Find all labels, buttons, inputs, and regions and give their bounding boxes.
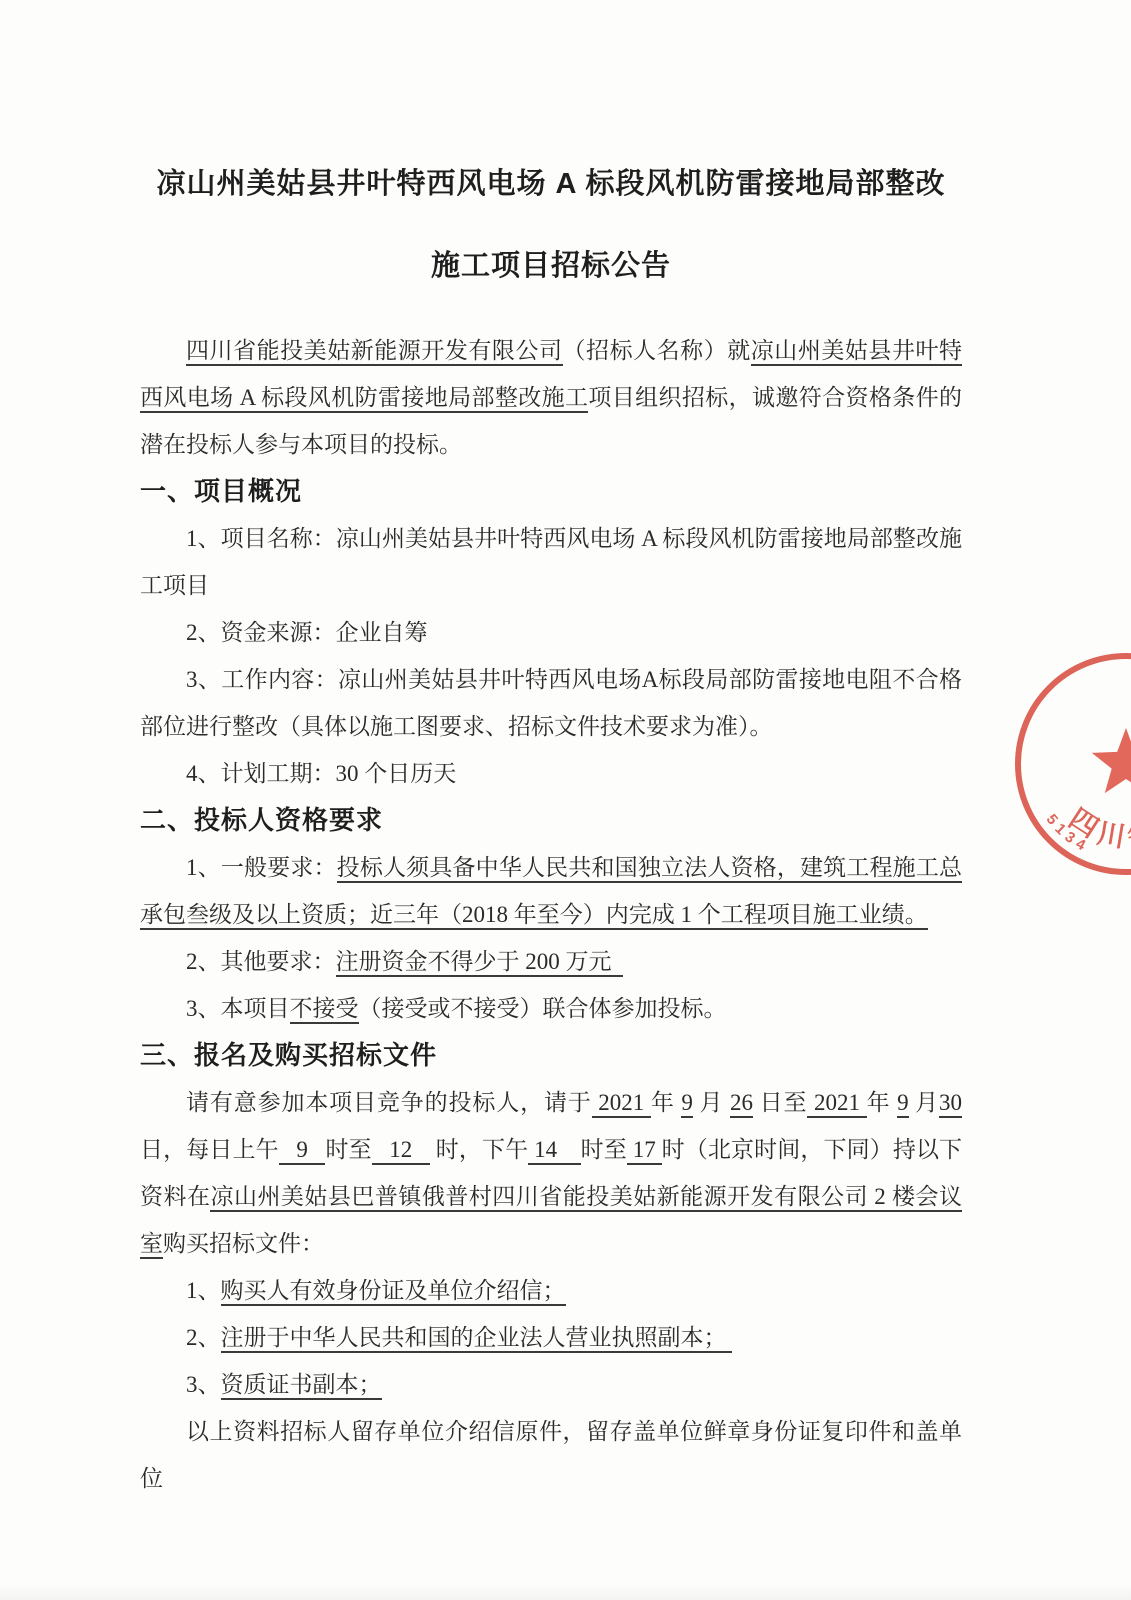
document-title-line2: 施工项目招标公告 bbox=[140, 245, 962, 287]
p1-seg: 日至 bbox=[753, 1090, 807, 1115]
section2-item2: 2、其他要求：注册资金不得少于 200 万元 bbox=[140, 938, 962, 985]
section2-item1-prefix: 1、一般要求： bbox=[186, 855, 337, 880]
seal-digits: 5134 bbox=[1043, 811, 1093, 856]
p1-seg: 购买招标文件： bbox=[163, 1231, 324, 1256]
bidder-company-name: 四川省能投美姑新能源开发有限公司 bbox=[186, 338, 563, 366]
p1-seg: 时至 bbox=[581, 1137, 627, 1162]
seal-star-icon bbox=[1092, 728, 1131, 793]
section1-item3: 3、工作内容：凉山州美姑县井叶特西风电场A标段局部防雷接地电阻不合格部位进行整改… bbox=[140, 656, 962, 750]
list1-text: 购买人有效身份证及单位介绍信； bbox=[221, 1278, 566, 1306]
p1-seg: 月 bbox=[693, 1090, 730, 1115]
p1-seg: 年 bbox=[651, 1090, 681, 1115]
seal-ring-text: 四川省能投美姑新 bbox=[1064, 691, 1131, 854]
intro-text: （招标人名称）就 bbox=[563, 338, 751, 363]
section3-list-item2: 2、注册于中华人民共和国的企业法人营业执照副本； bbox=[140, 1314, 962, 1361]
p1-fill-hour3: 14 bbox=[528, 1137, 580, 1165]
section3-list-item1: 1、购买人有效身份证及单位介绍信； bbox=[140, 1267, 962, 1314]
section2-item3: 3、本项目不接受（接受或不接受）联合体参加投标。 bbox=[140, 985, 962, 1032]
company-seal: 四川省能投美姑新 5134 bbox=[976, 614, 1131, 914]
p1-seg: 月 bbox=[909, 1090, 939, 1115]
p1-fill-hour2: 12 bbox=[372, 1137, 430, 1165]
seal-ring-circle bbox=[1018, 656, 1131, 872]
closing-paragraph: 以上资料招标人留存单位介绍信原件，留存盖单位鲜章身份证复印件和盖单位 bbox=[140, 1408, 962, 1502]
section2-item1: 1、一般要求：投标人须具备中华人民共和国独立法人资格，建筑工程施工总承包叁级及以… bbox=[140, 844, 962, 938]
section1-item2: 2、资金来源：企业自筹 bbox=[140, 609, 962, 656]
intro-paragraph: 四川省能投美姑新能源开发有限公司（招标人名称）就凉山州美姑县井叶特西风电场 A … bbox=[140, 327, 962, 468]
section3-paragraph: 请有意参加本项目竞争的投标人，请于 2021 年 9 月 26 日至 2021 … bbox=[140, 1079, 962, 1267]
p1-fill-month2: 9 bbox=[897, 1090, 909, 1118]
p1-fill-year1: 2021 bbox=[592, 1090, 651, 1118]
svg-text:5134: 5134 bbox=[1043, 811, 1093, 856]
list1-number: 1、 bbox=[186, 1278, 221, 1303]
p1-seg: 年 bbox=[867, 1090, 897, 1115]
section1-item4: 4、计划工期：30 个日历天 bbox=[140, 750, 962, 797]
p1-fill-hour4: 17 bbox=[627, 1137, 662, 1165]
p1-fill-hour1: 9 bbox=[279, 1137, 326, 1165]
section1-item1: 1、项目名称：凉山州美姑县井叶特西风电场 A 标段风机防雷接地局部整改施工项目 bbox=[140, 515, 962, 609]
section3-heading: 三、报名及购买招标文件 bbox=[140, 1032, 962, 1079]
section2-item3-choice: 不接受 bbox=[290, 996, 359, 1024]
section2-item2-prefix: 2、其他要求： bbox=[186, 949, 336, 974]
scan-shadow bbox=[0, 1584, 1131, 1600]
section2-item3-tail: （接受或不接受）联合体参加投标。 bbox=[359, 996, 727, 1021]
p1-fill-day2: 30 bbox=[939, 1090, 962, 1118]
p1-seg: 时，下午 bbox=[430, 1137, 528, 1162]
document-content: 凉山州美姑县井叶特西风电场 A 标段风机防雷接地局部整改 施工项目招标公告 四川… bbox=[140, 0, 962, 1502]
list3-text: 资质证书副本； bbox=[221, 1372, 382, 1400]
p1-fill-year2: 2021 bbox=[807, 1090, 866, 1118]
document-title-line1: 凉山州美姑县井叶特西风电场 A 标段风机防雷接地局部整改 bbox=[140, 163, 962, 205]
list2-number: 2、 bbox=[186, 1325, 221, 1350]
p1-fill-month1: 9 bbox=[681, 1090, 693, 1118]
p1-fill-day1: 26 bbox=[730, 1090, 753, 1118]
document-page: 凉山州美姑县井叶特西风电场 A 标段风机防雷接地局部整改 施工项目招标公告 四川… bbox=[0, 0, 1131, 1600]
p1-seg: 请有意参加本项目竞争的投标人，请于 bbox=[186, 1090, 592, 1115]
list3-number: 3、 bbox=[186, 1372, 221, 1397]
section3-list-item3: 3、资质证书副本； bbox=[140, 1361, 962, 1408]
section1-heading: 一、项目概况 bbox=[140, 468, 962, 515]
section2-heading: 二、投标人资格要求 bbox=[140, 797, 962, 844]
list2-text: 注册于中华人民共和国的企业法人营业执照副本； bbox=[221, 1325, 733, 1353]
section2-item2-requirement: 注册资金不得少于 200 万元 bbox=[336, 949, 624, 977]
svg-text:四川省能投美姑新: 四川省能投美姑新 bbox=[1064, 691, 1131, 854]
section2-item3-text: 3、本项目 bbox=[186, 996, 290, 1021]
p1-seg: 时至 bbox=[325, 1137, 371, 1162]
